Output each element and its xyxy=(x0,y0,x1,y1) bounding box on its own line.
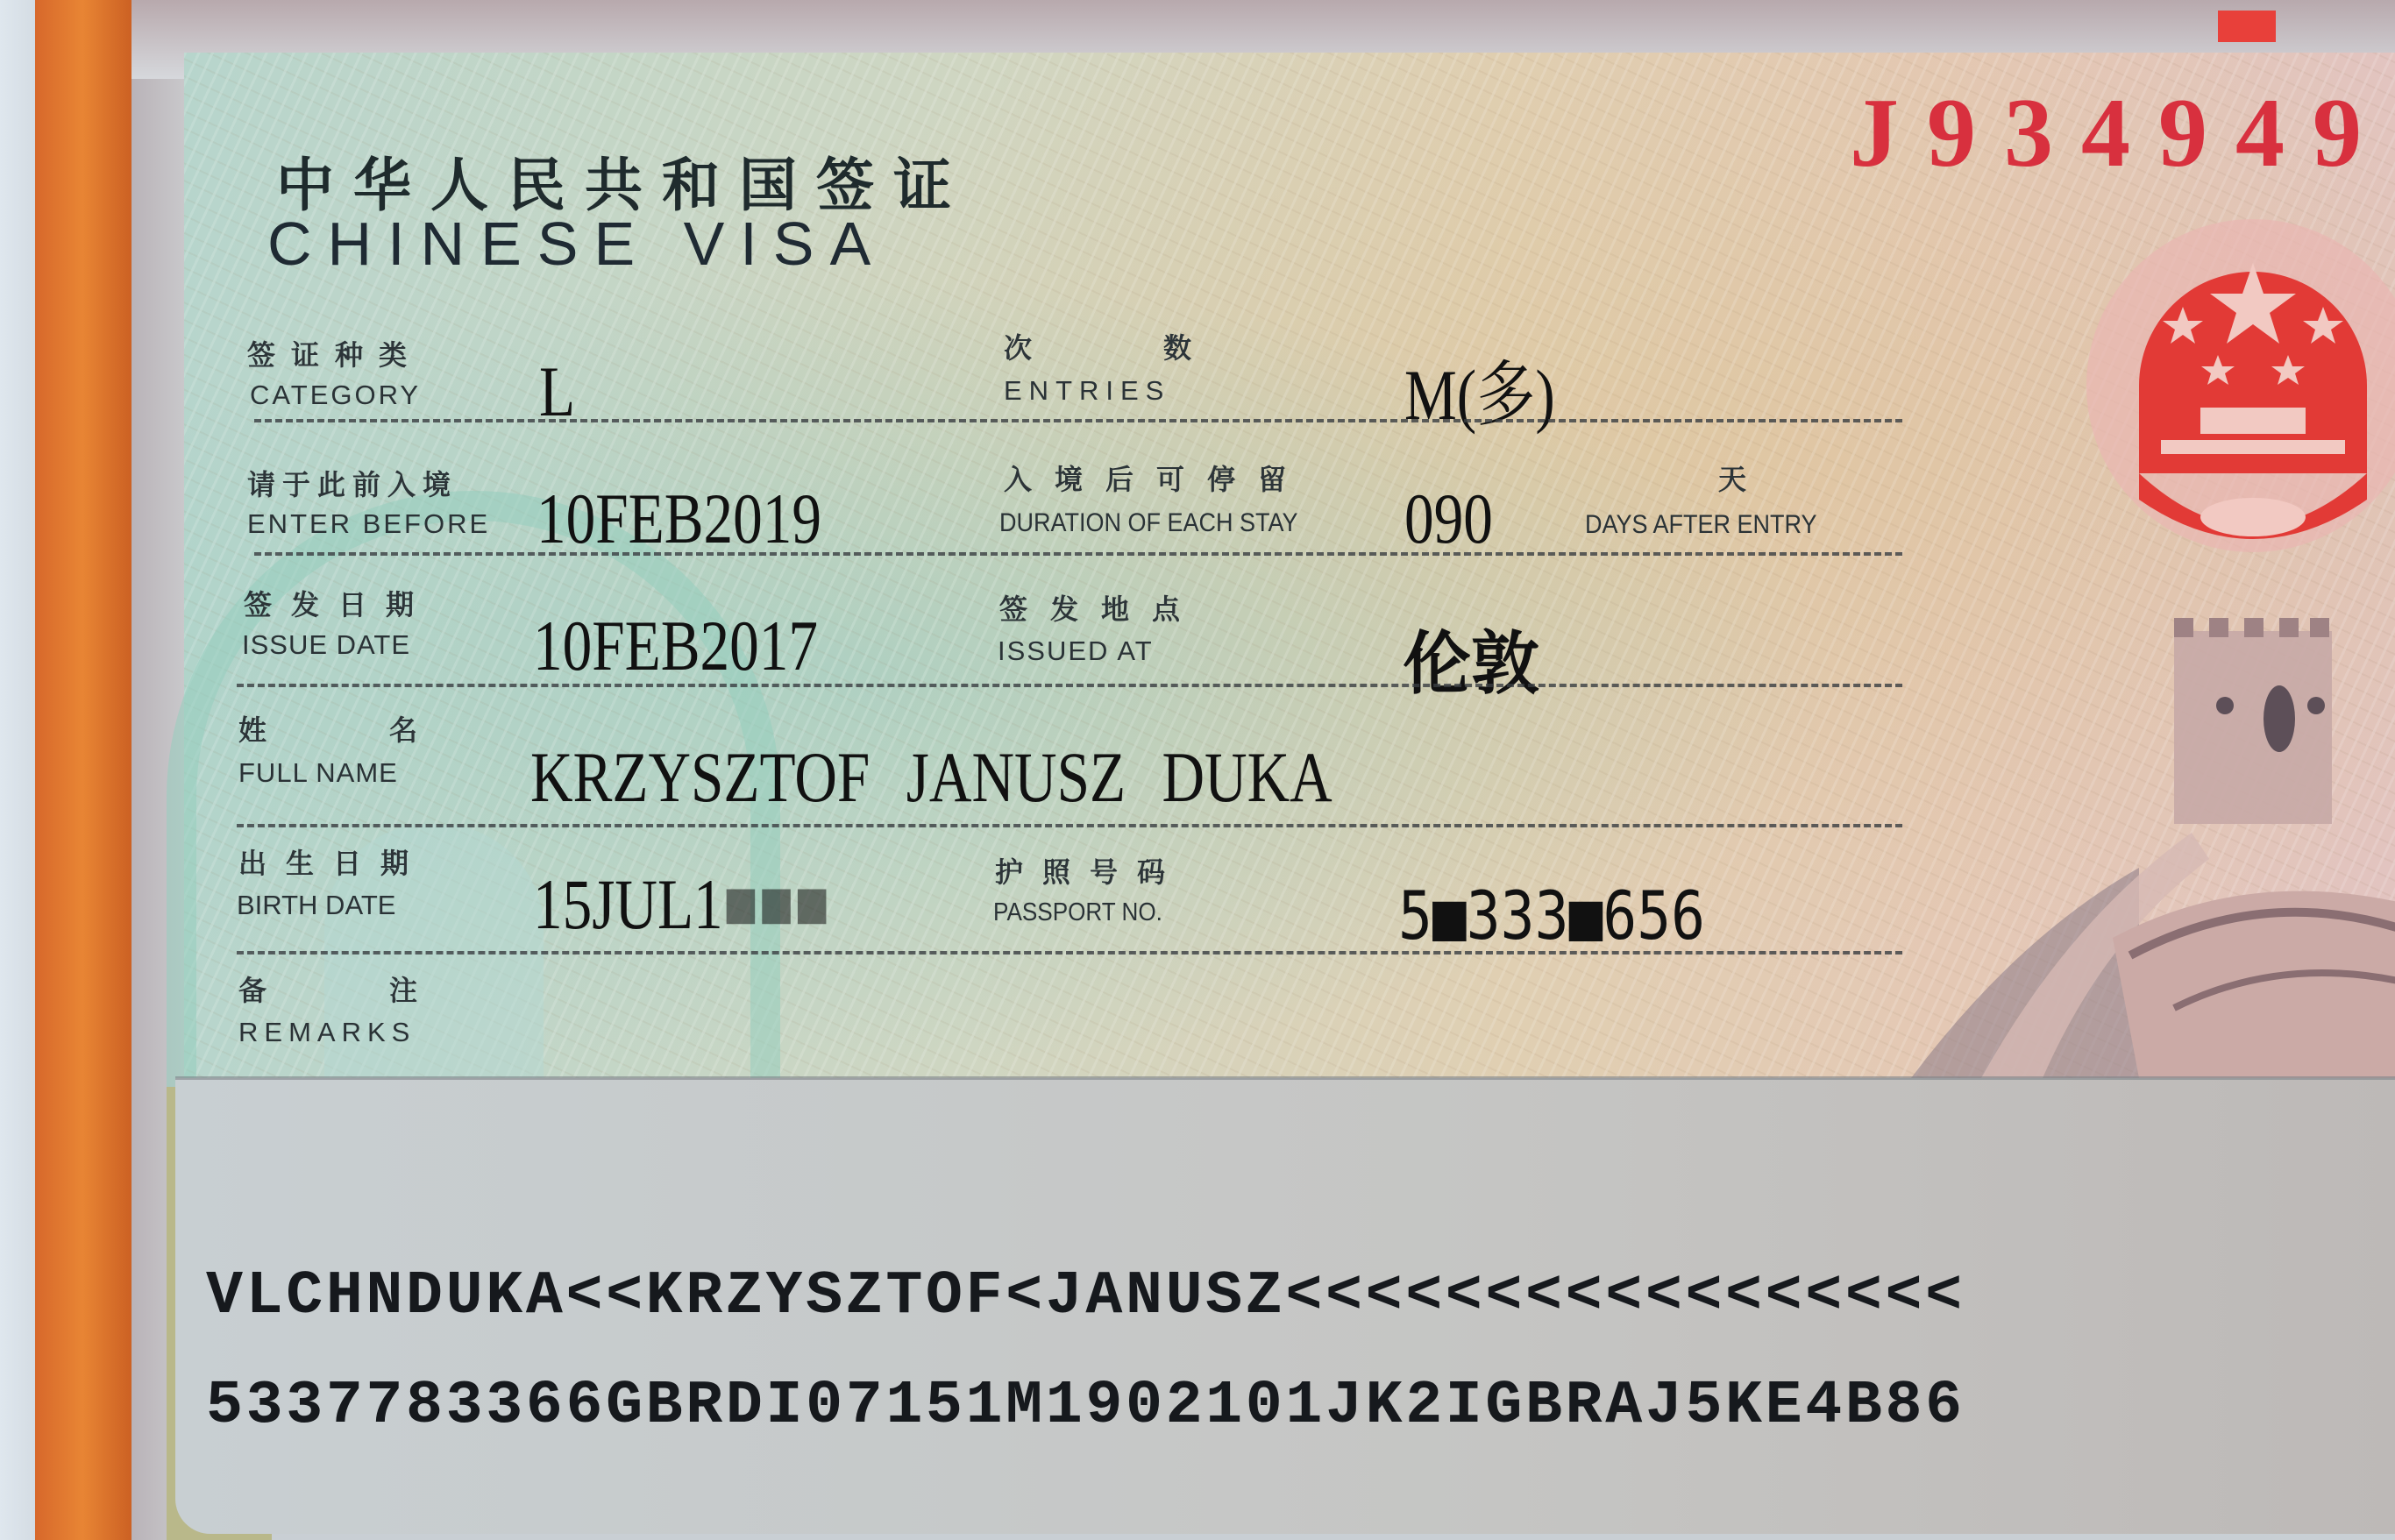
visa-serial-number: J934949 xyxy=(1850,77,2390,190)
full-name-label: FULL NAME xyxy=(238,757,398,789)
issued-at-label: ISSUED AT xyxy=(998,635,1154,667)
entries-label-cn: 次数 xyxy=(1004,326,1323,366)
entries-label: ENTRIES xyxy=(1004,375,1170,407)
national-emblem-icon xyxy=(2078,210,2395,578)
red-mark xyxy=(2218,11,2276,42)
passport-cover-orange-edge xyxy=(35,0,140,1540)
visa-title-english: CHINESE VISA xyxy=(267,209,886,279)
duration-label: DURATION OF EACH STAY xyxy=(999,508,1298,538)
duration-unit-cn: 天 xyxy=(1718,458,1762,498)
duration-unit: DAYS AFTER ENTRY xyxy=(1585,510,1817,540)
category-label-cn: 签证种类 xyxy=(247,333,423,373)
full-name-value: KRZYSZTOF JANUSZ DUKA xyxy=(530,736,1333,819)
remarks-label-cn: 备注 xyxy=(238,969,540,1009)
duration-value: 090 xyxy=(1404,478,1493,560)
row-divider xyxy=(237,951,1902,955)
remarks-label: REMARKS xyxy=(238,1017,416,1048)
enter-before-label-cn: 请于此前入境 xyxy=(247,463,458,503)
row-divider xyxy=(254,552,1902,556)
mrz-line-1: VLCHNDUKA<<KRZYSZTOF<JANUSZ<<<<<<<<<<<<<… xyxy=(206,1262,1965,1331)
row-divider xyxy=(237,824,1902,827)
issue-date-label: ISSUE DATE xyxy=(242,629,410,661)
row-divider xyxy=(237,684,1902,687)
birth-date-label: BIRTH DATE xyxy=(237,890,395,921)
issue-date-label-cn: 签发日期 xyxy=(244,583,433,623)
birth-date-obscured: ■■■ xyxy=(723,864,830,944)
duration-label-cn: 入境后可停留 xyxy=(1004,458,1309,498)
issue-date-value: 10FEB2017 xyxy=(533,605,818,687)
passport-no-value: 5■333■656 xyxy=(1398,876,1705,955)
birth-date-value: 15JUL1■■■ xyxy=(533,863,830,946)
enter-before-value: 10FEB2019 xyxy=(537,478,821,560)
great-wall-illustration xyxy=(1911,605,2395,1078)
passport-no-label: PASSPORT NO. xyxy=(993,898,1162,927)
birth-date-visible: 15JUL1 xyxy=(533,864,723,944)
category-label: CATEGORY xyxy=(250,380,421,411)
issued-at-label-cn: 签发地点 xyxy=(999,587,1203,628)
passport-no-label-cn: 护照号码 xyxy=(995,850,1184,891)
mrz-divider xyxy=(175,1076,2395,1080)
row-divider xyxy=(254,419,1902,422)
issued-at-value: 伦敦 xyxy=(1403,609,1539,707)
entries-value: M(多) xyxy=(1404,337,1555,440)
birth-date-label-cn: 出生日期 xyxy=(238,841,428,882)
full-name-label-cn: 姓名 xyxy=(238,708,540,749)
mrz-line-2: 5337783366GBRDI07151M1902101JK2IGBRAJ5KE… xyxy=(206,1372,1965,1441)
enter-before-label: ENTER BEFORE xyxy=(247,508,490,540)
